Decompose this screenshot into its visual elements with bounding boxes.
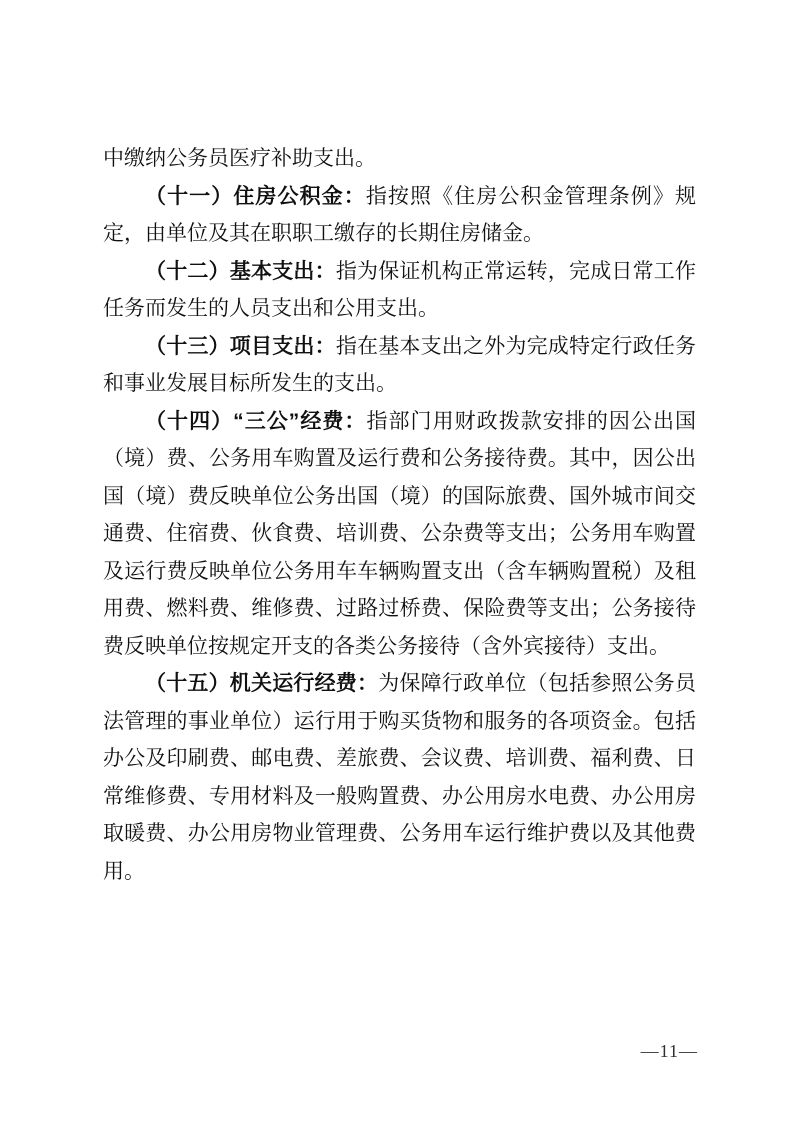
paragraph-item-12: （十二）基本支出：指为保证机构正常运转，完成日常工作任务而发生的人员支出和公用支…	[103, 253, 696, 328]
term-label: （十四）“三公”经费：	[145, 410, 366, 433]
page-number: —11—	[641, 1041, 698, 1062]
term-label: （十一）住房公积金：	[145, 185, 366, 208]
paragraph-item-13: （十三）项目支出：指在基本支出之外为完成特定行政任务和事业发展目标所发生的支出。	[103, 328, 696, 403]
term-label: （十三）项目支出：	[145, 335, 336, 358]
paragraph-item-14: （十四）“三公”经费：指部门用财政拨款安排的因公出国（境）费、公务用车购置及运行…	[103, 403, 696, 666]
paragraph-text: 指部门用财政拨款安排的因公出国（境）费、公务用车购置及运行费和公务接待费。其中，…	[103, 410, 696, 658]
document-page: 中缴纳公务员医疗补助支出。 （十一）住房公积金：指按照《住房公积金管理条例》规定…	[0, 0, 793, 1122]
document-body: 中缴纳公务员医疗补助支出。 （十一）住房公积金：指按照《住房公积金管理条例》规定…	[103, 140, 696, 890]
term-label: （十五）机关运行经费：	[145, 672, 378, 695]
paragraph-text: 中缴纳公务员医疗补助支出。	[103, 147, 376, 170]
paragraph-continuation: 中缴纳公务员医疗补助支出。	[103, 140, 696, 178]
term-label: （十二）基本支出：	[145, 260, 336, 283]
paragraph-item-15: （十五）机关运行经费：为保障行政单位（包括参照公务员法管理的事业单位）运行用于购…	[103, 665, 696, 890]
paragraph-item-11: （十一）住房公积金：指按照《住房公积金管理条例》规定，由单位及其在职职工缴存的长…	[103, 178, 696, 253]
paragraph-text: 为保障行政单位（包括参照公务员法管理的事业单位）运行用于购买货物和服务的各项资金…	[103, 672, 696, 883]
